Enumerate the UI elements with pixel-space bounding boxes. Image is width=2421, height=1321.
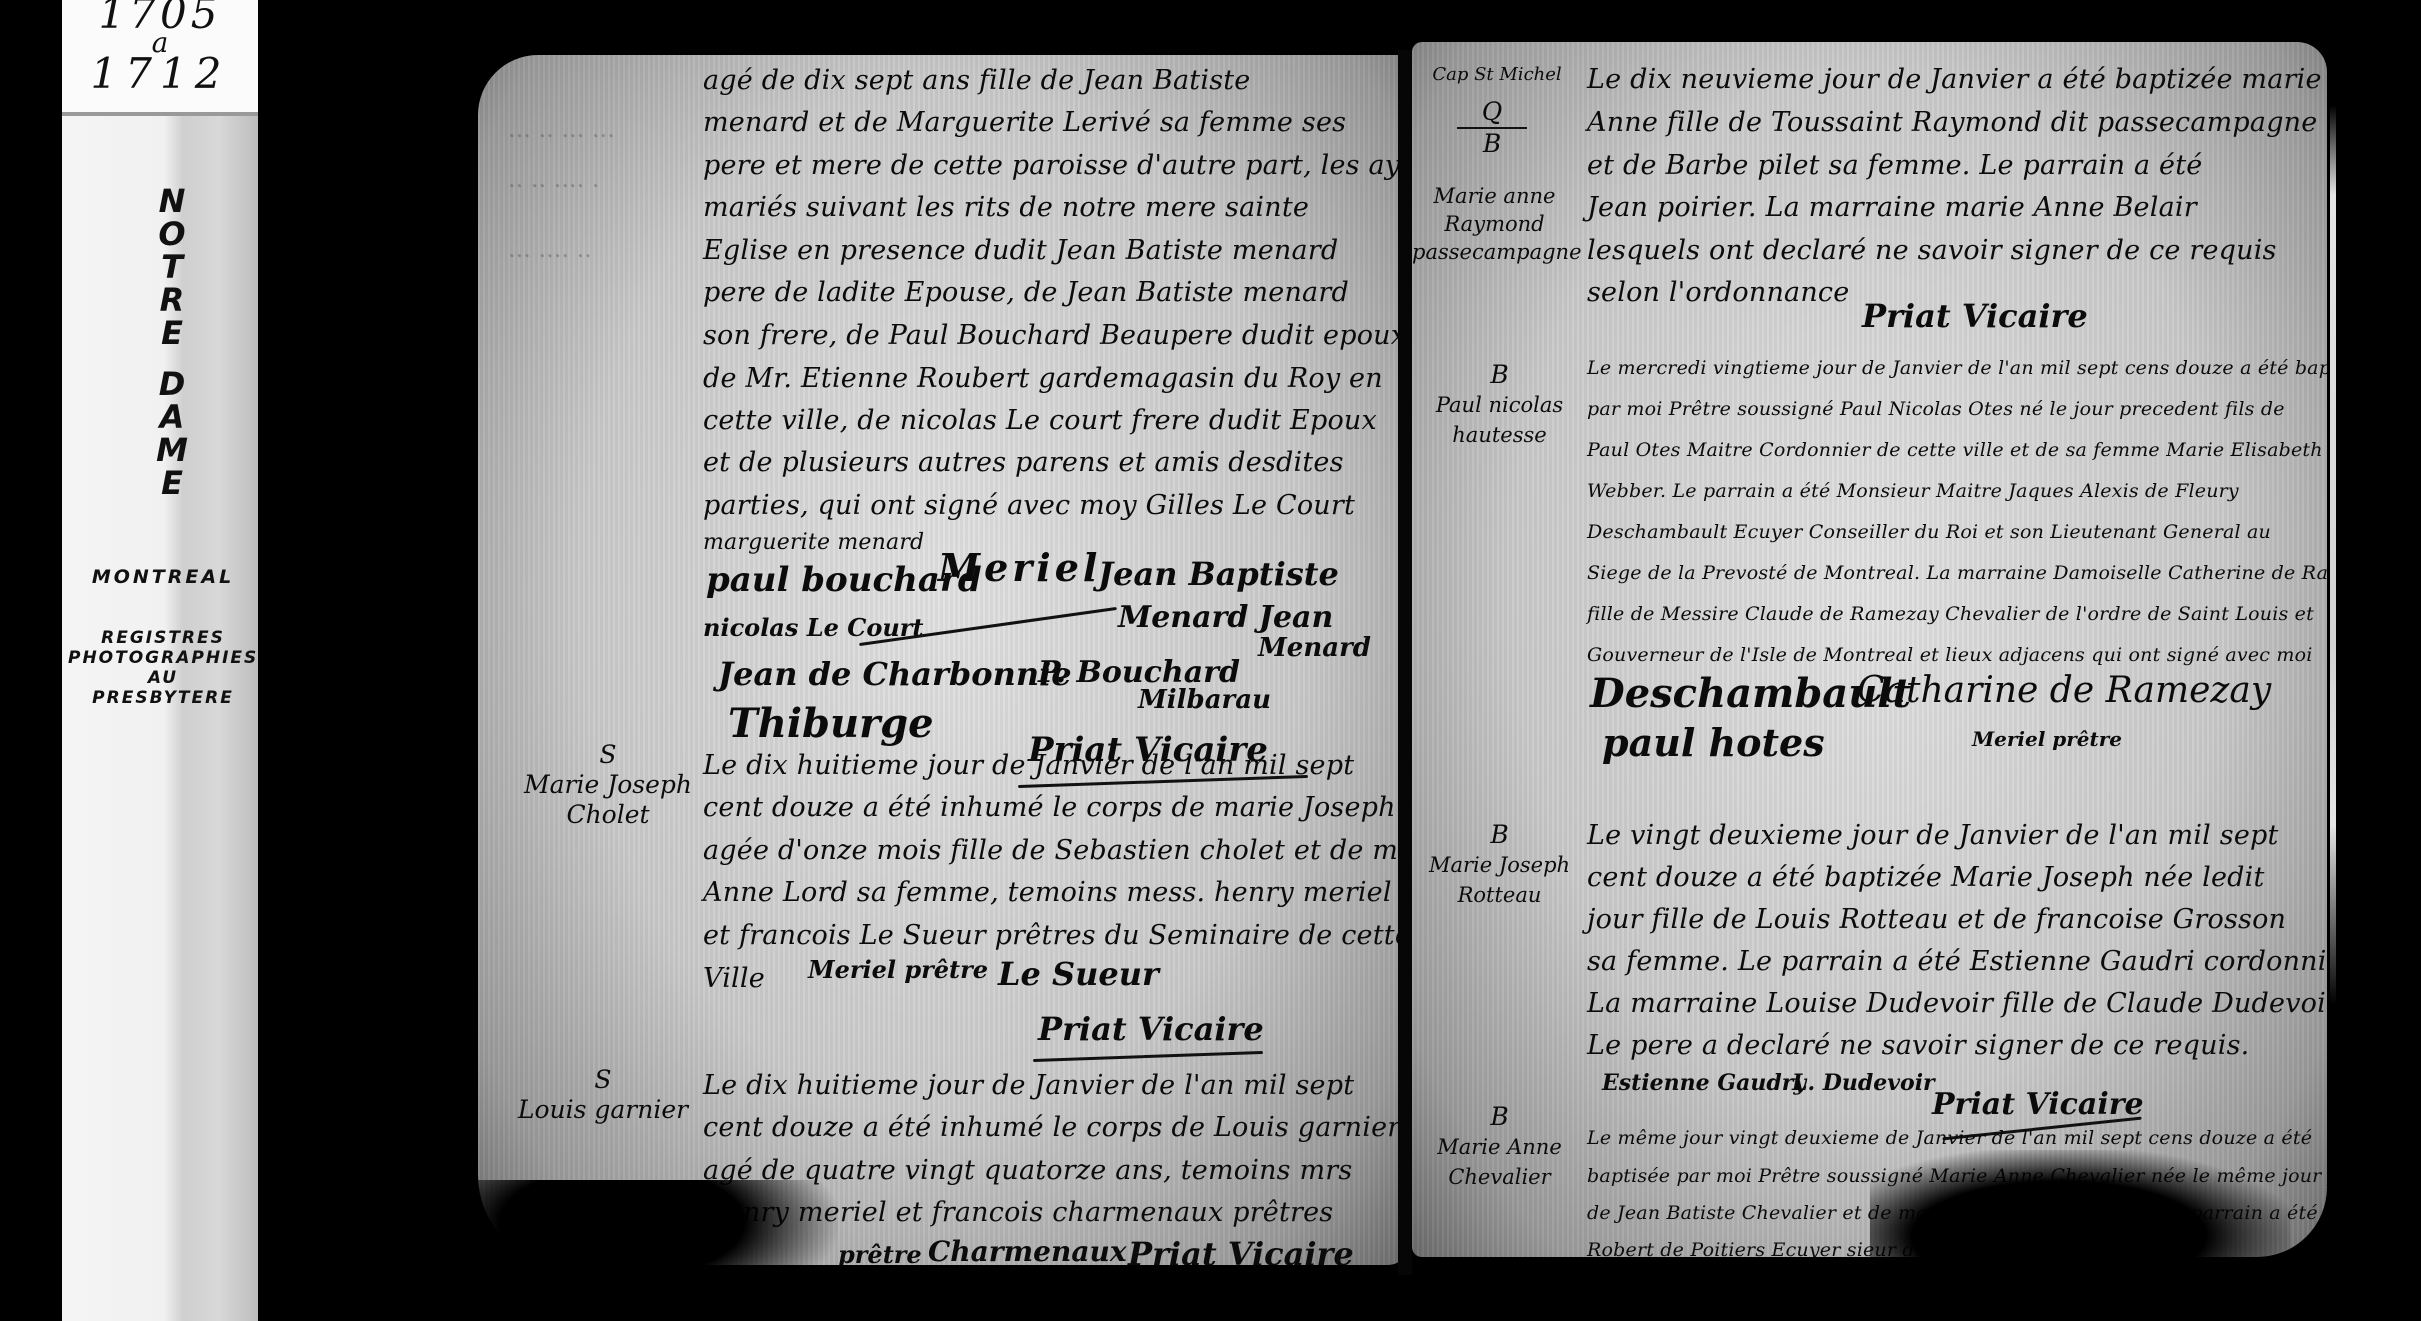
register-mark: Q [1417,97,1567,127]
city-name: MONTREAL [68,566,258,588]
parish-name: N O T R E D A M E [102,185,242,500]
entry-line: Deschambault Ecuyer Conseiller du Roi et… [1587,521,2271,543]
margin-note: B Marie Anne Chevalier [1417,1102,1582,1192]
margin-name: Raymond [1412,210,1577,238]
entry-line: Le dix huitieme jour de Janvier de l'an … [703,750,1354,781]
margin-name: Cholet [518,800,698,830]
margin-name: passecampagne [1412,238,1577,266]
signature-vicar: Priat Vicaire [1128,1235,1354,1265]
registry-line: PRESBYTERE [68,688,258,708]
baptism-mark: B [1417,1102,1582,1132]
signature: Jean Baptiste [1098,555,1339,593]
signature-vicar: Priat Vicaire [1932,1087,2144,1122]
entry-line: mariés suivant les rits de notre mere sa… [703,192,1309,223]
year-range: 1705 a 1712 [62,0,258,116]
entry-line: Le dix neuvieme jour de Janvier a été ba… [1587,64,2322,95]
parish-letter: M [156,434,188,467]
entry-line: pere et mere de cette paroisse d'autre p… [703,150,1400,181]
registry-note: REGISTRES PHOTOGRAPHIES AU PRESBYTERE [68,628,258,708]
signature-vicar: Priat Vicaire [1862,297,2088,335]
margin-name: Paul nicolas [1417,390,1582,420]
entry-line: et de Barbe pilet sa femme. Le parrain a… [1587,150,2202,181]
parish-letter: O [158,218,185,251]
parish-letter: D [159,368,186,401]
registry-line: REGISTRES [68,628,258,648]
signature: Le Sueur [998,955,1159,993]
entry-line: de Mr. Etienne Roubert gardemagasin du R… [703,363,1383,394]
entry-line: sa femme. Le parrain a été Estienne Gaud… [1587,946,2327,977]
margin-note-top: Cap St Michel [1417,60,1577,90]
parish-letter: T [161,251,183,284]
entry-line: Le pere a declaré ne savoir signer de ce… [1587,1030,2249,1061]
entry-line: jour fille de Louis Rotteau et de franco… [1587,904,2286,935]
film-edge-streak [2330,105,2336,1005]
margin-name: Marie Joseph [1417,850,1582,880]
entry-line: parties, qui ont signé avec moy Gilles L… [703,490,1355,521]
signature: prêtre [838,1240,922,1265]
book-gutter [1398,50,1412,1275]
entry-line: marguerite menard [703,530,924,555]
entry-line: Le dix huitieme jour de Janvier de l'an … [703,1070,1354,1101]
margin-note: B Paul nicolas hautesse [1417,360,1582,450]
entry-line: La marraine Louise Dudevoir fille de Cla… [1587,988,2327,1019]
entry-line: Webber. Le parrain a été Monsieur Maitre… [1587,480,2239,502]
entry-line: et francois Le Sueur prêtres du Seminair… [703,920,1408,951]
burial-mark: S [518,740,698,770]
entry-line: cent douze a été baptizée Marie Joseph n… [1587,862,2265,893]
burial-mark: S [508,1065,698,1095]
margin-name: Marie anne [1412,182,1577,210]
signature: Menard [1258,633,1371,663]
signature: Milbarau [1138,685,1271,715]
signature: Estienne Gaudry [1602,1070,1806,1096]
entry-line: et de plusieurs autres parens et amis de… [703,447,1344,478]
parish-letter: E [161,317,183,350]
entry-line: agée d'onze mois fille de Sebastien chol… [703,835,1408,866]
entry-line: cent douze a été inhumé le corps de mari… [703,792,1396,823]
year-end: 1712 [91,54,230,94]
baptism-mark: B [1417,129,1567,159]
page-shadow [478,1180,838,1321]
margin-note: S Marie Joseph Cholet [518,740,698,830]
entry-line: Ville [703,963,765,994]
left-page: ... ... .. ... . .... .. .. .. .... ... … [478,55,1408,1265]
entry-line: par moi Prêtre soussigné Paul Nicolas Ot… [1587,398,2285,420]
margin-name: Marie Anne [1417,1132,1582,1162]
entry-line: menard et de Marguerite Lerivé sa femme … [703,107,1346,138]
entry-line: cette ville, de nicolas Le court frere d… [703,405,1377,436]
margin-note: Marie anne Raymond passecampagne [1412,182,1577,266]
entry-line: selon l'ordonnance [1587,277,1849,308]
margin-name: Chevalier [1417,1162,1582,1192]
margin-note: Q B [1417,97,1567,159]
entry-line: Eglise en presence dudit Jean Batiste me… [703,235,1338,266]
entry-line: lesquels ont declaré ne savoir signer de… [1587,235,2277,266]
signature: Jean de Charbonnie [718,655,1072,693]
entry-line: pere de ladite Epouse, de Jean Batiste m… [703,277,1349,308]
entry-line: Paul Otes Maitre Cordonnier de cette vil… [1587,439,2323,461]
signature: Meriel prêtre [1972,727,2122,751]
right-page: Cap St Michel Q B Marie anne Raymond pas… [1412,42,2327,1257]
entry-line: fille de Messire Claude de Ramezay Cheva… [1587,603,2314,625]
margin-name: hautesse [1417,420,1582,450]
signature: Thiburge [728,700,934,747]
parish-letter: N [159,185,186,218]
signature: Catharine de Ramezay [1857,670,2271,711]
entry-line: Siege de la Prevosté de Montreal. La mar… [1587,562,2327,584]
signature-flourish [1033,1051,1263,1062]
archive-label-card: 1705 a 1712 N O T R E D A M E MONTREAL R… [62,0,258,1321]
signature: Menard Jean [1118,600,1333,635]
margin-note: S Louis garnier [508,1065,698,1125]
parish-letter: E [161,467,183,500]
margin-note: B Marie Joseph Rotteau [1417,820,1582,910]
margin-name: Louis garnier [508,1095,698,1125]
margin-name: Rotteau [1417,880,1582,910]
signature-vicar: Priat Vicaire [1038,1010,1264,1048]
entry-line: Le vingt deuxieme jour de Janvier de l'a… [1587,820,2279,851]
bleed-through-text: . .... .. .. [508,165,600,193]
bleed-through-text: ... ... .. ... [508,115,615,143]
margin-name: Marie Joseph [518,770,698,800]
entry-line: Anne fille de Toussaint Raymond dit pass… [1587,107,2317,138]
signature: Meriel prêtre [808,955,988,984]
signature: Meriel [938,545,1101,590]
baptism-mark: B [1417,360,1582,390]
parish-letter: A [160,401,185,434]
signature: paul hotes [1602,720,1825,765]
entry-line: Gouverneur de l'Isle de Montreal et lieu… [1587,644,2313,666]
entry-line: cent douze a été inhumé le corps de Loui… [703,1112,1400,1143]
registry-line: AU [68,668,258,688]
parish-letter: R [160,284,185,317]
signature: L. Dudevoir [1792,1070,1935,1096]
bleed-through-text: .. .... ... [508,235,592,263]
entry-line: agé de dix sept ans fille de Jean Batist… [703,65,1250,96]
entry-line: son frere, de Paul Bouchard Beaupere dud… [703,320,1406,351]
entry-line: Anne Lord sa femme, temoins mess. henry … [703,877,1392,908]
page-shadow [1870,1150,2290,1321]
signature: Charmenaux [928,1235,1127,1265]
entry-line: Jean poirier. La marraine marie Anne Bel… [1587,192,2197,223]
entry-line: Le mercredi vingtieme jour de Janvier de… [1587,357,2327,379]
baptism-mark: B [1417,820,1582,850]
registry-line: PHOTOGRAPHIES [68,648,258,668]
entry-line: Le même jour vingt deuxieme de Janvier d… [1587,1127,2312,1149]
